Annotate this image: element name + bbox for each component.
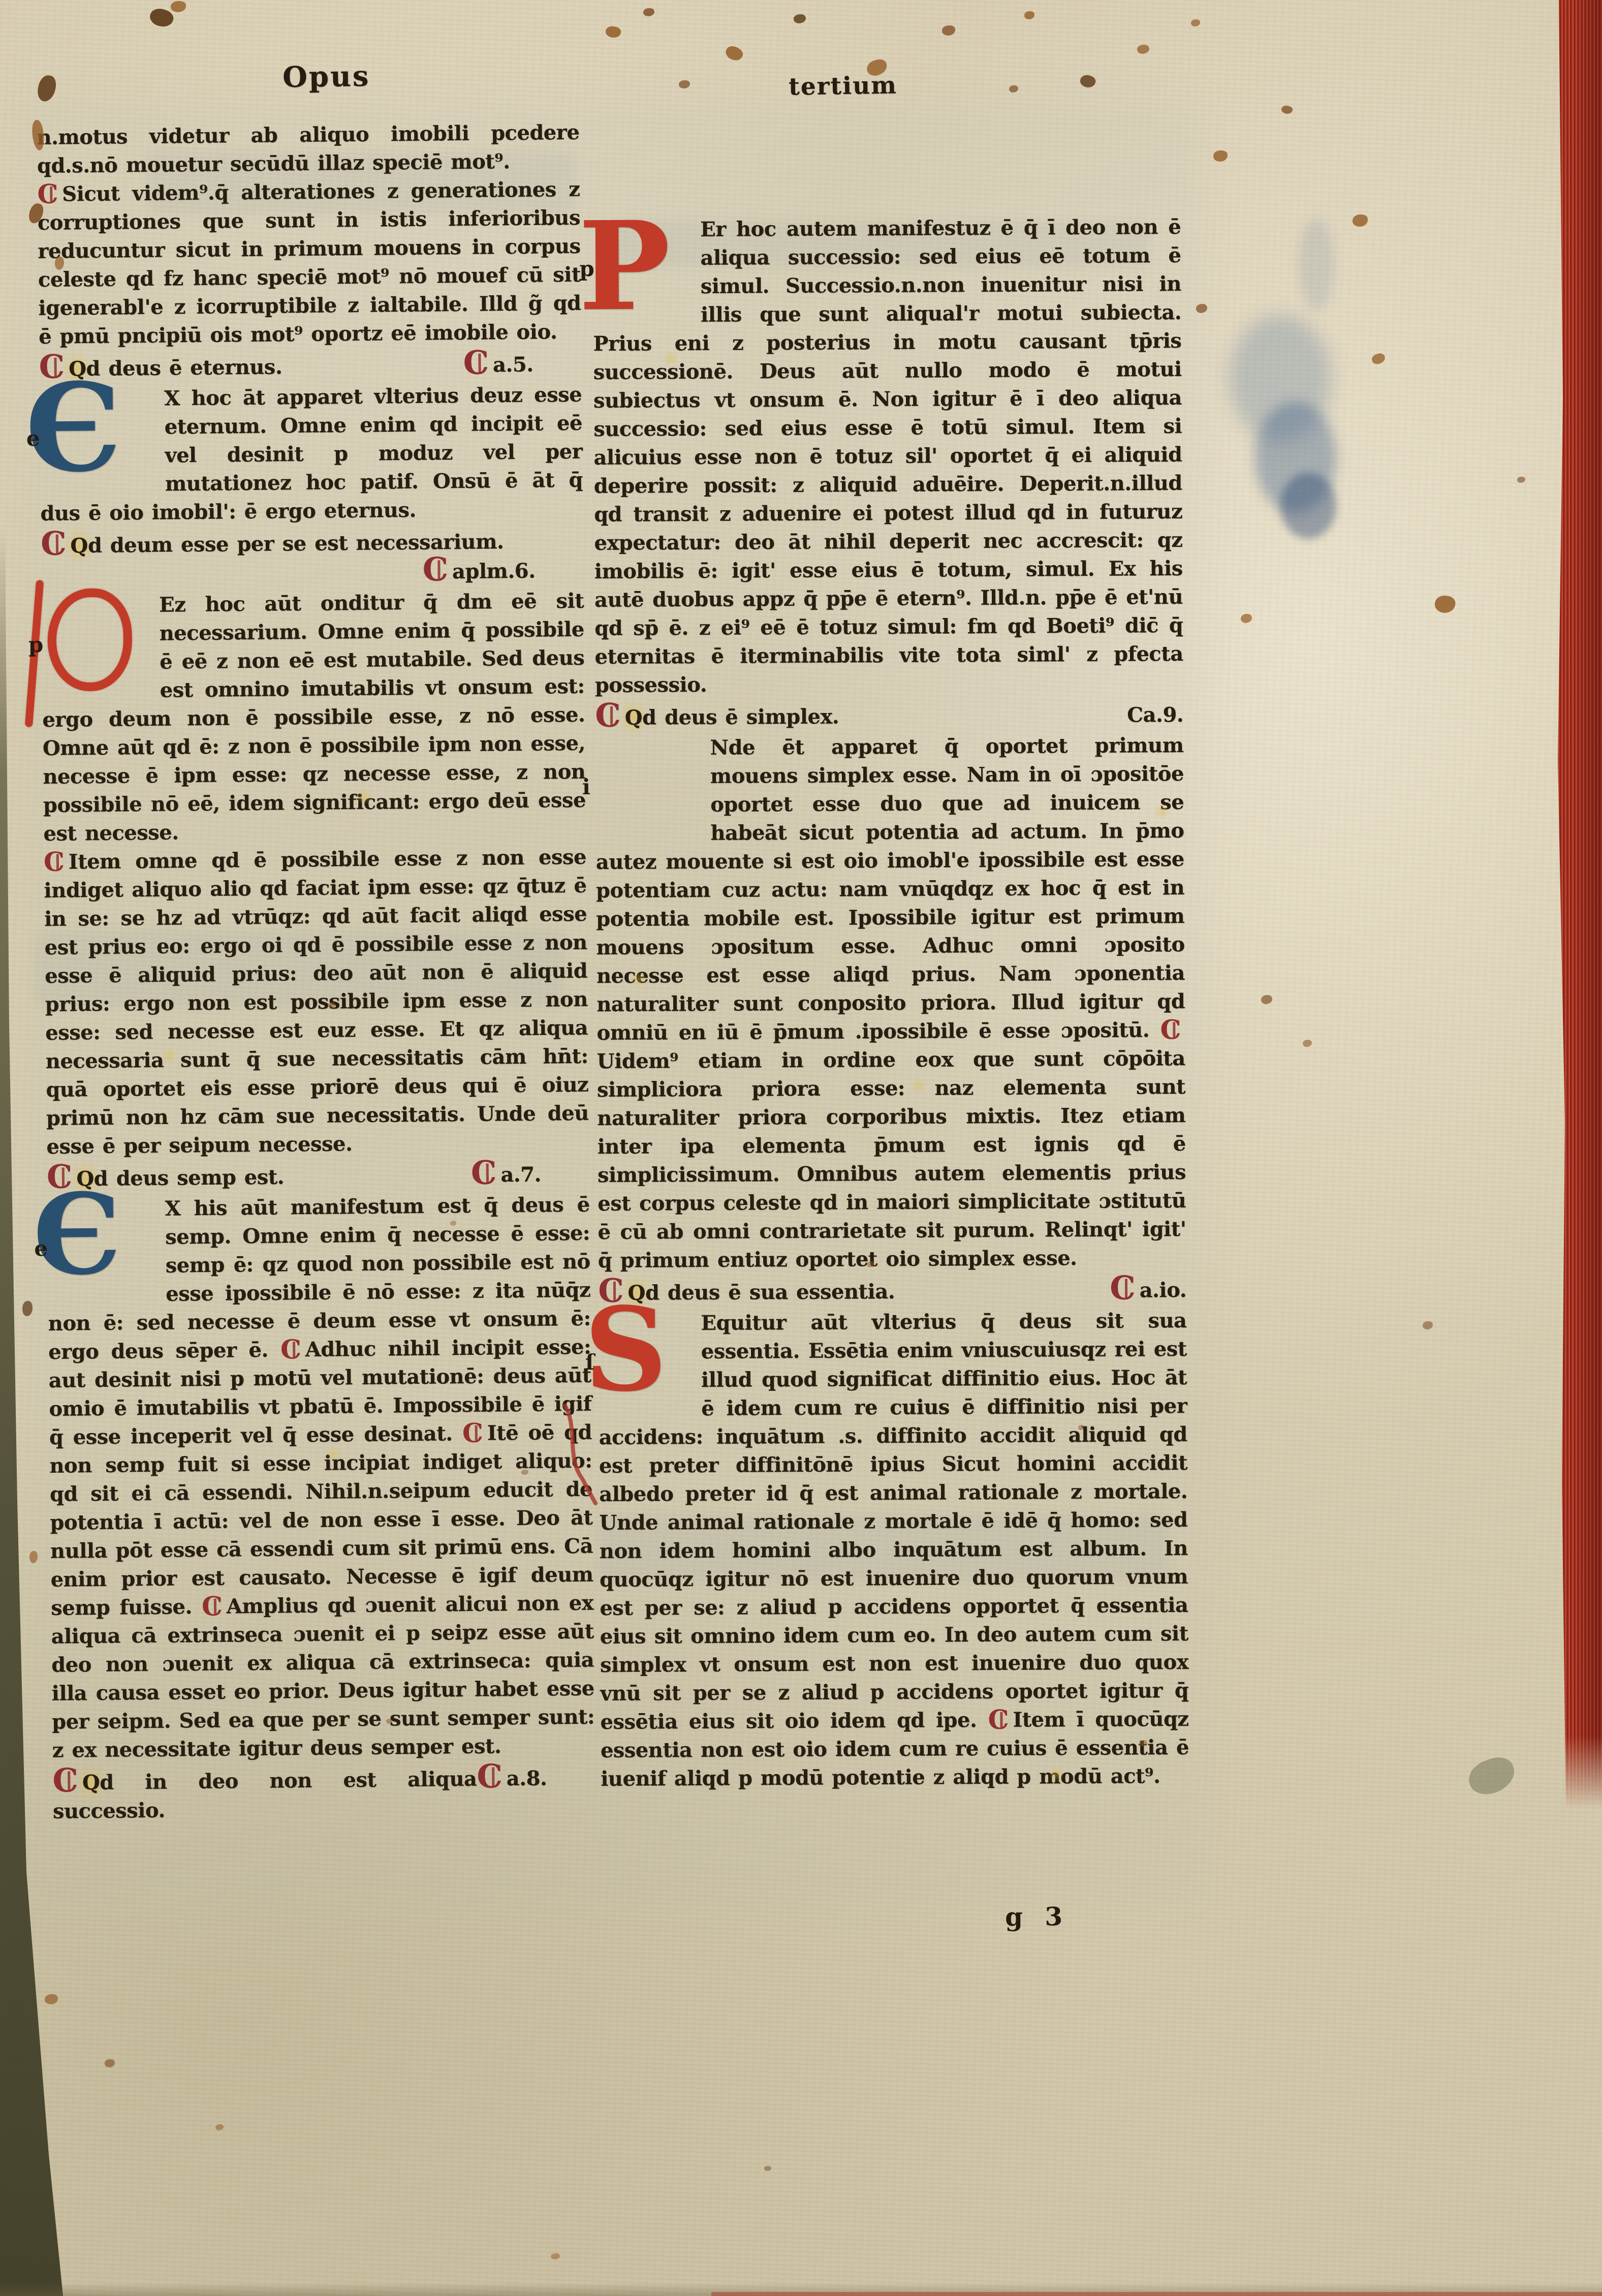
capitulum-mark: C [280, 1341, 301, 1359]
capitulum-mark: C [41, 533, 67, 555]
chapter-heading-row: CQd in deo non est aliqua successio.Ca.8… [52, 1763, 595, 1826]
heading-first-capital: Q [70, 532, 88, 560]
drop-cap-initial: Єe [25, 386, 154, 472]
yellow-wash [909, 1078, 927, 1094]
capitulum-mark: C [44, 853, 65, 872]
guide-letter: ſ [585, 1348, 594, 1377]
chapter-heading: CQd deus semp est.Ca.7. [47, 1159, 590, 1194]
yellow-wash [325, 1446, 342, 1462]
capitulum-mark: C [1160, 1021, 1181, 1040]
capitulum-mark: C [202, 1598, 223, 1617]
drop-cap-initial: Єe [33, 1196, 154, 1282]
text-column-left: n.motus videtur ab aliquo imobili pceder… [37, 118, 595, 1828]
chapter-label: Ca.9. [1127, 701, 1183, 730]
capitulum-mark: C [52, 1770, 78, 1792]
body-paragraph: PpEr hoc autem manifestuz ē q̄ ī deo non… [592, 213, 1183, 700]
body-paragraph: pEz hoc aūt onditur q̄ dm eē sit necessa… [41, 587, 586, 848]
running-header-right: tertium [789, 72, 898, 101]
capitulum-mark: C [988, 1711, 1009, 1730]
capitulum-mark: C [422, 559, 448, 581]
drop-cap-letter: S [584, 1305, 690, 1395]
guide-letter: e [34, 1234, 48, 1263]
body-paragraph: iNde ēt apparet q̄ oportet primum mouens… [595, 731, 1186, 1275]
chapter-label: Ca.8. [477, 1763, 595, 1793]
chapter-heading-text: CQd deum esse per se est necessarium. [41, 526, 584, 561]
chapter-label: Caplm.6. [41, 555, 584, 590]
chapter-label: Ca.7. [471, 1159, 590, 1190]
drop-cap-initial: p [27, 592, 149, 678]
ink-blot-stain [1280, 473, 1336, 539]
chapter-heading-row: CQd deus ē simplex.Ca.9. [595, 700, 1183, 732]
yellow-wash [662, 351, 679, 366]
chapter-heading-row: CQd deus semp est.Ca.7. [47, 1159, 590, 1194]
yellow-wash [356, 789, 373, 804]
capitulum-mark: C [477, 1765, 502, 1788]
drop-cap-letter: Є [33, 1191, 154, 1278]
body-paragraph: ЄeX his aūt manifestum est q̄ deus ē sem… [47, 1191, 595, 1765]
body-paragraph: CSicut videm⁹.q̄ alterationes z generati… [37, 175, 581, 351]
ink-blot-stain [1299, 219, 1334, 310]
chapter-heading: CQd deus ē sua essentia.Ca.io. [598, 1275, 1186, 1308]
capitulum-mark: C [1110, 1277, 1136, 1300]
chapter-heading-text: CQd in deo non est aliqua successio. [52, 1764, 477, 1826]
chapter-heading-text: CQd deus ē simplex. [595, 701, 839, 732]
body-paragraph: SſEquitur aūt vlterius q̄ deus sit sua e… [598, 1307, 1189, 1793]
drop-cap-letter: Є [25, 381, 154, 476]
capitulum-mark: C [595, 705, 621, 728]
body-paragraph: n.motus videtur ab aliquo imobili pceder… [37, 118, 580, 180]
drop-cap-pen-ring [47, 588, 133, 692]
guide-letter: p [579, 255, 594, 283]
body-paragraph: CItem omne qd ē possibile esse z non ess… [44, 843, 589, 1161]
yellow-wash [1153, 804, 1171, 819]
body-paragraph: ЄeX hoc āt apparet vlterius deuz esse et… [39, 381, 583, 528]
chapter-heading-row: CQd deus ē sua essentia.Ca.io. [598, 1275, 1186, 1308]
chapter-label: Ca.5. [463, 349, 582, 380]
yellow-wash [1048, 1766, 1065, 1782]
guide-letter: p [28, 631, 43, 659]
guide-letter: i [582, 773, 590, 801]
red-pen-flourish [558, 1402, 604, 1510]
capitulum-mark: C [462, 1424, 483, 1443]
heading-first-capital: Q [82, 1768, 100, 1797]
drop-cap-initial: i [581, 735, 699, 821]
capitulum-mark: C [37, 185, 58, 204]
drop-cap-initial: Pp [578, 216, 689, 302]
yellow-wash [630, 972, 647, 987]
chapter-label: Ca.io. [1110, 1275, 1186, 1305]
heading-first-capital: Q [624, 704, 642, 732]
text-column-right: PpEr hoc autem manifestuz ē q̄ ī deo non… [592, 213, 1189, 1793]
drop-cap-letter: P [578, 219, 689, 314]
signature-mark: g 3 [1005, 1902, 1063, 1932]
running-header-left: Opus [282, 59, 370, 94]
chapter-heading: CQd deus ē simplex.Ca.9. [595, 700, 1183, 732]
capitulum-mark: C [471, 1162, 497, 1185]
chapter-heading: CQd deum esse per se est necessarium.Cap… [41, 526, 584, 590]
yellow-wash [161, 1048, 178, 1063]
drop-cap-initial: Sſ [584, 1310, 690, 1396]
capitulum-mark: C [463, 352, 489, 375]
chapter-heading: CQd in deo non est aliqua successio.Ca.8… [52, 1763, 595, 1826]
guide-letter: e [26, 424, 40, 453]
bottom-edge-red-line [711, 2292, 1602, 2296]
